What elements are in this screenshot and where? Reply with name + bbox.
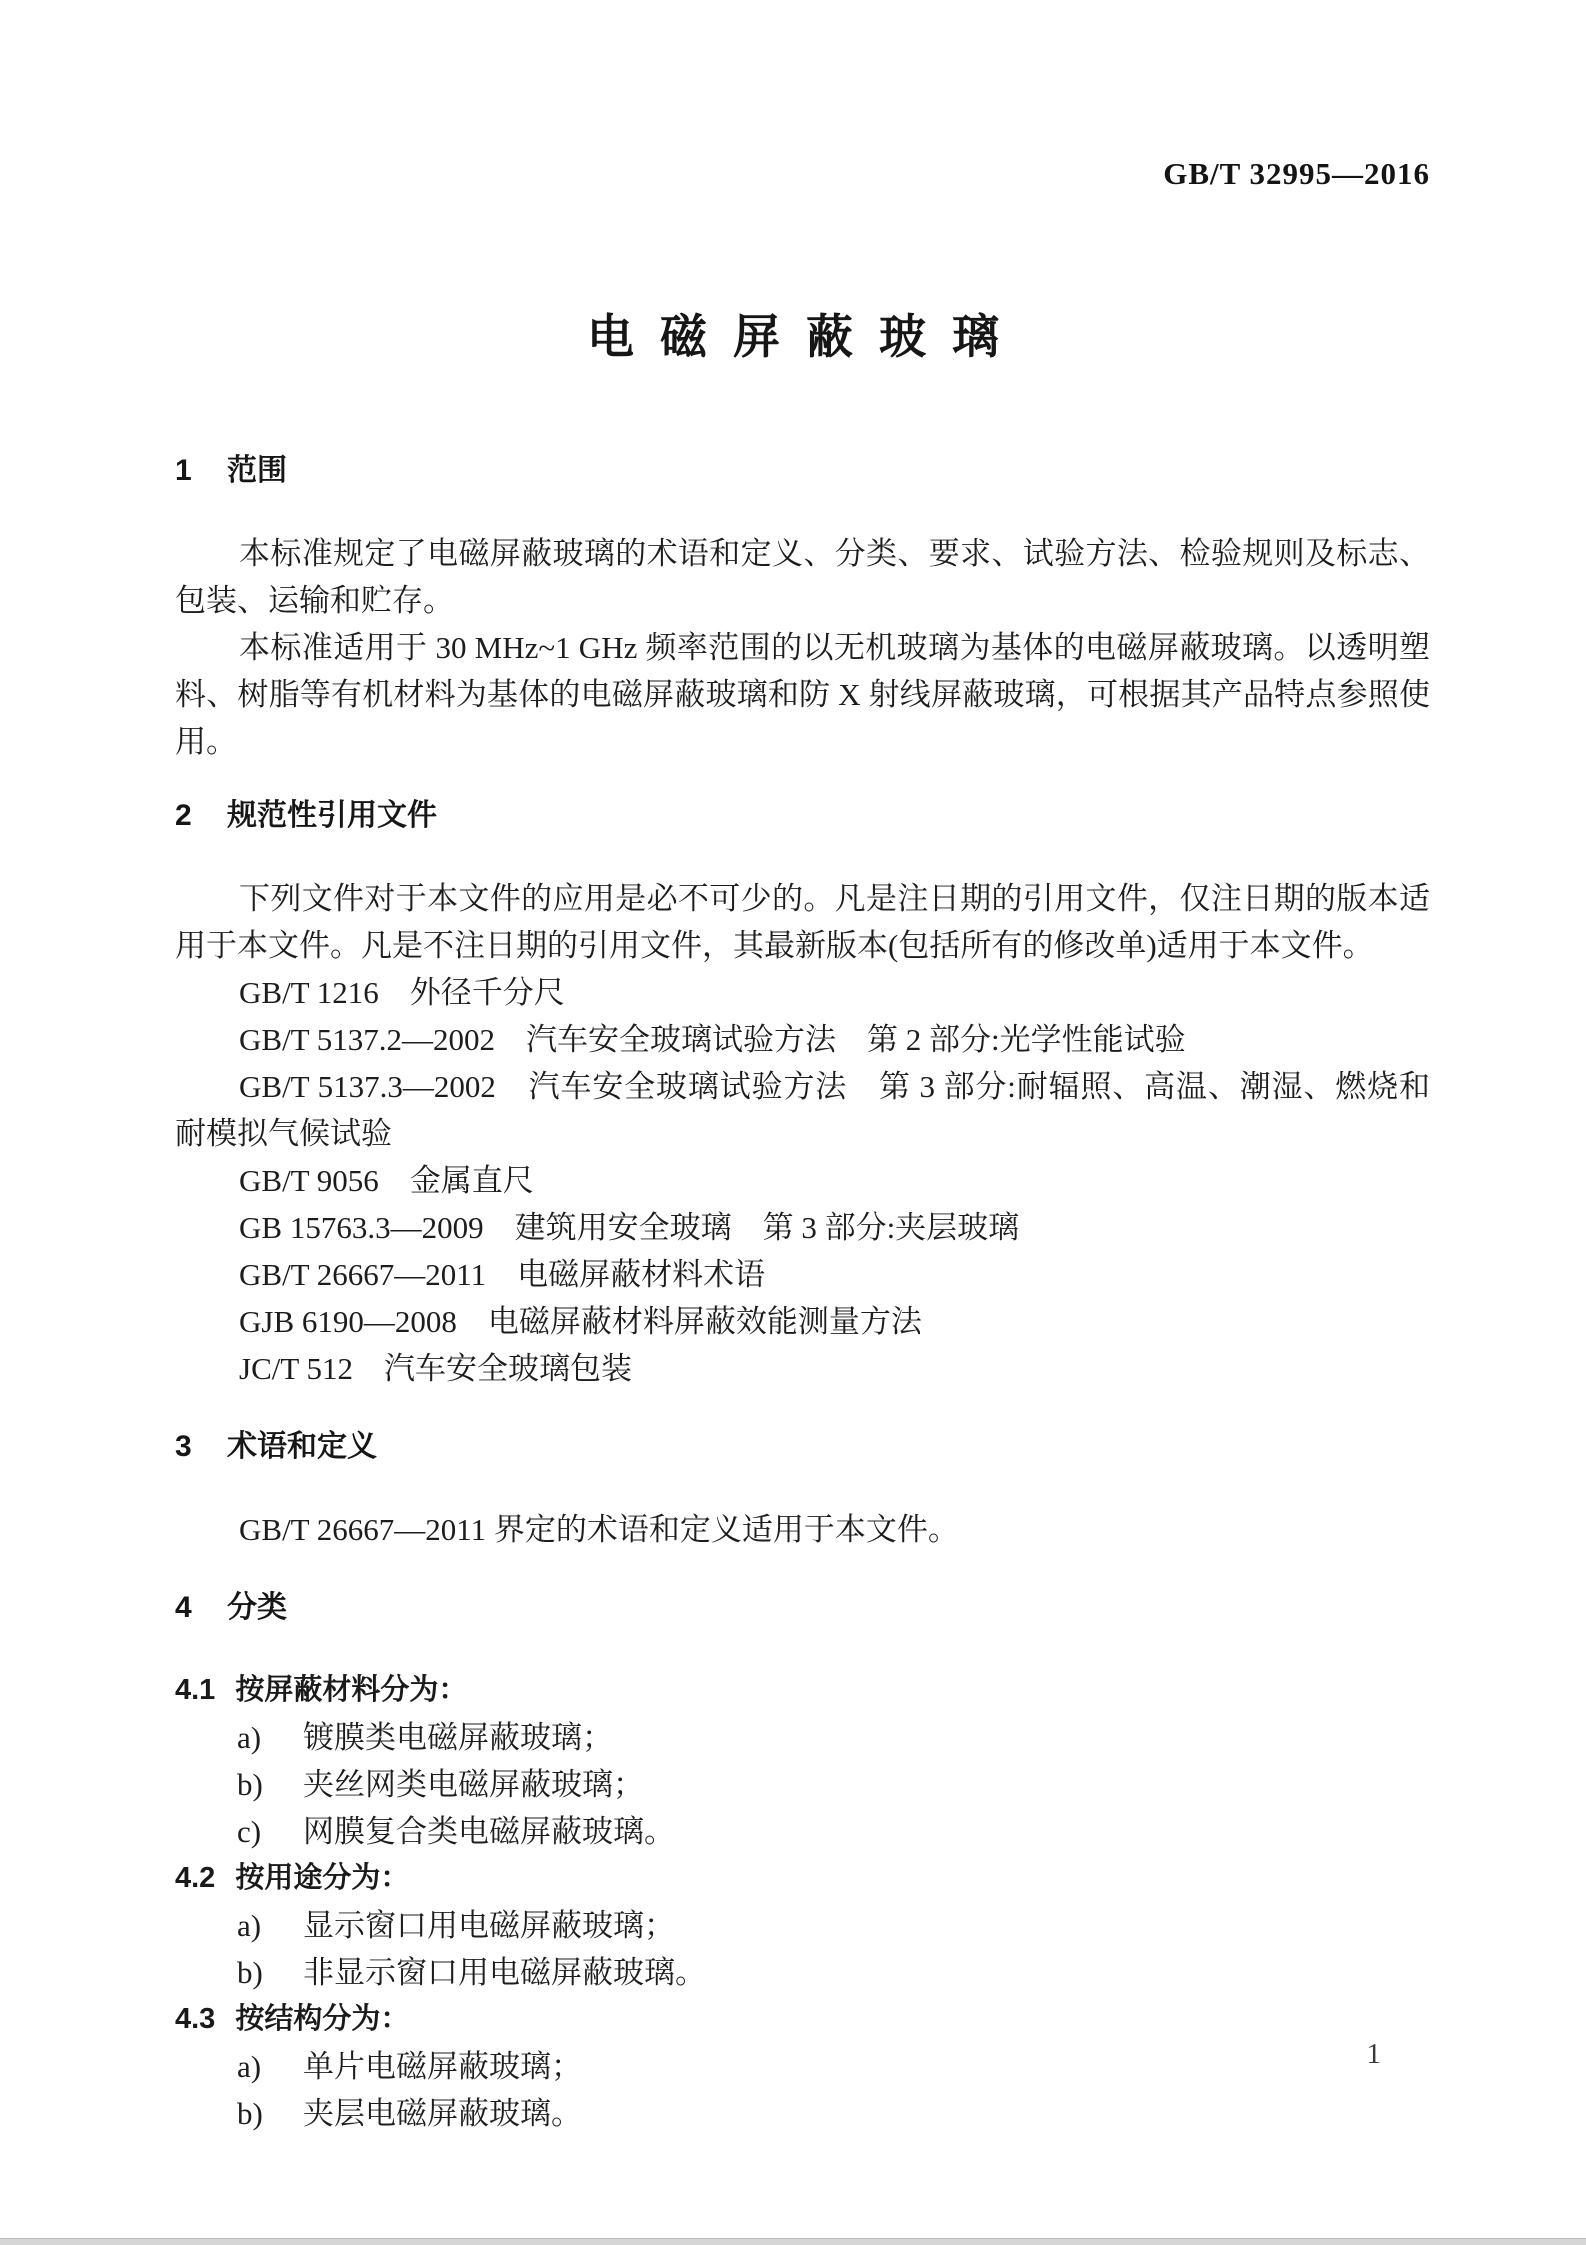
section-heading: 3术语和定义	[175, 1426, 1430, 1468]
clause-marker: a)	[237, 1902, 303, 1949]
paragraph: 本标准适用于 30 MHz~1 GHz 频率范围的以无机玻璃为基体的电磁屏蔽玻璃…	[175, 624, 1430, 765]
clause-text: 网膜复合类电磁屏蔽玻璃。	[303, 1814, 675, 1849]
section-heading: 2规范性引用文件	[175, 795, 1430, 837]
paragraph: GB/T 26667—2011 界定的术语和定义适用于本文件。	[175, 1506, 1430, 1553]
document-page: GB/T 32995—2016 电磁屏蔽玻璃 1范围 本标准规定了电磁屏蔽玻璃的…	[0, 0, 1586, 2245]
clause-list: a)显示窗口用电磁屏蔽玻璃； b)非显示窗口用电磁屏蔽玻璃。	[175, 1902, 1430, 1996]
clause-text: 夹丝网类电磁屏蔽玻璃；	[303, 1767, 644, 1802]
reference-item: GJB 6190—2008 电磁屏蔽材料屏蔽效能测量方法	[175, 1298, 1430, 1345]
subsection-title: 按结构分为：	[235, 2003, 409, 2035]
subsection-title: 按用途分为：	[235, 1862, 409, 1894]
reference-item: GB/T 5137.2—2002 汽车安全玻璃试验方法 第 2 部分:光学性能试…	[175, 1016, 1430, 1063]
reference-item: GB/T 9056 金属直尺	[175, 1157, 1430, 1204]
subsection-heading: 4.2按用途分为：	[175, 1855, 1430, 1902]
paragraph: 本标准规定了电磁屏蔽玻璃的术语和定义、分类、要求、试验方法、检验规则及标志、包装…	[175, 530, 1430, 624]
subsection-number: 4.3	[175, 1996, 215, 2043]
document-content: 1范围 本标准规定了电磁屏蔽玻璃的术语和定义、分类、要求、试验方法、检验规则及标…	[175, 450, 1430, 2137]
clause-list: a)单片电磁屏蔽玻璃； b)夹层电磁屏蔽玻璃。	[175, 2043, 1430, 2137]
section-number: 2	[175, 795, 197, 837]
subsection-number: 4.1	[175, 1667, 215, 1714]
clause-marker: b)	[237, 1761, 303, 1808]
clause-item: b)非显示窗口用电磁屏蔽玻璃。	[237, 1949, 1430, 1996]
section-title: 规范性引用文件	[227, 799, 437, 832]
section-title: 分类	[227, 1591, 287, 1624]
paragraph: 下列文件对于本文件的应用是必不可少的。凡是注日期的引用文件，仅注日期的版本适用于…	[175, 875, 1430, 969]
standard-code: GB/T 32995—2016	[1163, 156, 1430, 192]
reference-item: JC/T 512 汽车安全玻璃包装	[175, 1345, 1430, 1392]
clause-marker: b)	[237, 2090, 303, 2137]
clause-marker: c)	[237, 1808, 303, 1855]
clause-list: a)镀膜类电磁屏蔽玻璃； b)夹丝网类电磁屏蔽玻璃； c)网膜复合类电磁屏蔽玻璃…	[175, 1714, 1430, 1855]
clause-text: 夹层电磁屏蔽玻璃。	[303, 2096, 582, 2131]
clause-item: a)单片电磁屏蔽玻璃；	[237, 2043, 1430, 2090]
reference-item: GB/T 26667—2011 电磁屏蔽材料术语	[175, 1251, 1430, 1298]
clause-item: a)显示窗口用电磁屏蔽玻璃；	[237, 1902, 1430, 1949]
clause-marker: a)	[237, 2043, 303, 2090]
section-number: 3	[175, 1426, 197, 1468]
section-number: 1	[175, 450, 197, 492]
clause-marker: a)	[237, 1714, 303, 1761]
reference-item: GB 15763.3—2009 建筑用安全玻璃 第 3 部分:夹层玻璃	[175, 1204, 1430, 1251]
reference-list: GB/T 1216 外径千分尺GB/T 5137.2—2002 汽车安全玻璃试验…	[175, 969, 1430, 1392]
section-title: 范围	[227, 454, 287, 487]
subsection-number: 4.2	[175, 1855, 215, 1902]
clause-item: c)网膜复合类电磁屏蔽玻璃。	[237, 1808, 1430, 1855]
section-heading: 4分类	[175, 1587, 1430, 1629]
subsection-heading: 4.1按屏蔽材料分为：	[175, 1667, 1430, 1714]
page-number: 1	[1367, 2038, 1382, 2071]
section-number: 4	[175, 1587, 197, 1629]
subsection-title: 按屏蔽材料分为：	[235, 1674, 467, 1706]
scan-bottom-edge	[0, 2238, 1586, 2245]
subsection-heading: 4.3按结构分为：	[175, 1996, 1430, 2043]
clause-text: 镀膜类电磁屏蔽玻璃；	[303, 1720, 613, 1755]
document-title: 电磁屏蔽玻璃	[0, 300, 1586, 367]
reference-item: GB/T 1216 外径千分尺	[175, 969, 1430, 1016]
clause-marker: b)	[237, 1949, 303, 1996]
clause-item: a)镀膜类电磁屏蔽玻璃；	[237, 1714, 1430, 1761]
clause-text: 非显示窗口用电磁屏蔽玻璃。	[303, 1955, 706, 1990]
clause-text: 显示窗口用电磁屏蔽玻璃；	[303, 1908, 675, 1943]
section-heading: 1范围	[175, 450, 1430, 492]
clause-item: b)夹层电磁屏蔽玻璃。	[237, 2090, 1430, 2137]
clause-item: b)夹丝网类电磁屏蔽玻璃；	[237, 1761, 1430, 1808]
reference-item: GB/T 5137.3—2002 汽车安全玻璃试验方法 第 3 部分:耐辐照、高…	[175, 1063, 1430, 1157]
clause-text: 单片电磁屏蔽玻璃；	[303, 2049, 582, 2084]
section-title: 术语和定义	[227, 1430, 377, 1463]
